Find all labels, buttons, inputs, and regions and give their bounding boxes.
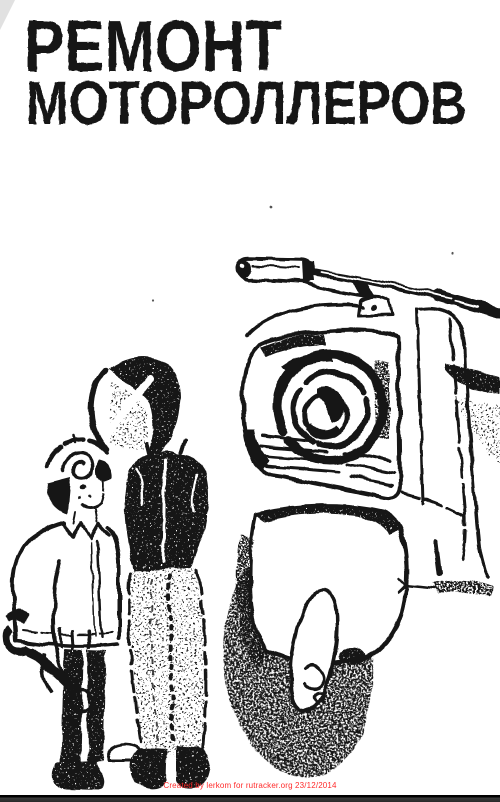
hair-right-curl [96, 460, 112, 482]
scan-bottom-bar [0, 795, 500, 802]
column-foot [436, 542, 440, 574]
headlight-nacelle [243, 330, 400, 498]
floorboard-edge [402, 492, 464, 516]
mouth-arc [83, 503, 100, 508]
sideburn-patch [47, 477, 71, 514]
lineart-group [3, 207, 500, 791]
title-block: РЕМОНТ МОТОРОЛЛЕРОВ [24, 7, 467, 137]
grip-knob [303, 260, 315, 281]
helmet-illustration [91, 357, 181, 460]
handlebar [236, 258, 500, 316]
jacket-right-edge [109, 528, 119, 638]
right-trouser [87, 650, 106, 763]
book-cover-page: РЕМОНТ МОТОРОЛЛЕРОВ [0, 0, 500, 802]
saddle-shade [456, 397, 500, 468]
hair-curl-spiral [63, 454, 93, 477]
collar-zigzag [63, 524, 109, 538]
vest-seam [163, 459, 165, 561]
placket-line2 [91, 542, 94, 636]
axle-band [434, 580, 493, 597]
eye-dot [81, 484, 87, 490]
scan-corner-artifact [0, 0, 15, 30]
scooter-illustration [210, 258, 500, 786]
mechanic-illustration [3, 435, 144, 791]
column-line [417, 309, 423, 503]
sleeve-line [54, 561, 64, 677]
jacket-hem [17, 641, 118, 646]
neck-lines [74, 509, 97, 524]
grip-end-dot [240, 264, 245, 269]
legshield-right-edge [420, 308, 488, 577]
page-title-line2: МОТОРОЛЛЕРОВ [26, 69, 467, 137]
placket-line [97, 541, 101, 637]
cover-illustration: РЕМОНТ МОТОРОЛЛЕРОВ [0, 0, 500, 802]
nose-dot [79, 497, 82, 500]
wrench-jaw [5, 610, 29, 624]
hub-blob [338, 647, 366, 665]
overalls-illustration [124, 441, 211, 788]
cheek-dot [89, 495, 92, 498]
left-trouser [61, 649, 83, 770]
legshield-inner-edge [449, 319, 465, 565]
headset-bolt [371, 304, 377, 310]
tracker-watermark: Created by lerkom for rutracker.org 23/1… [0, 781, 500, 790]
hair-tick [74, 435, 75, 443]
